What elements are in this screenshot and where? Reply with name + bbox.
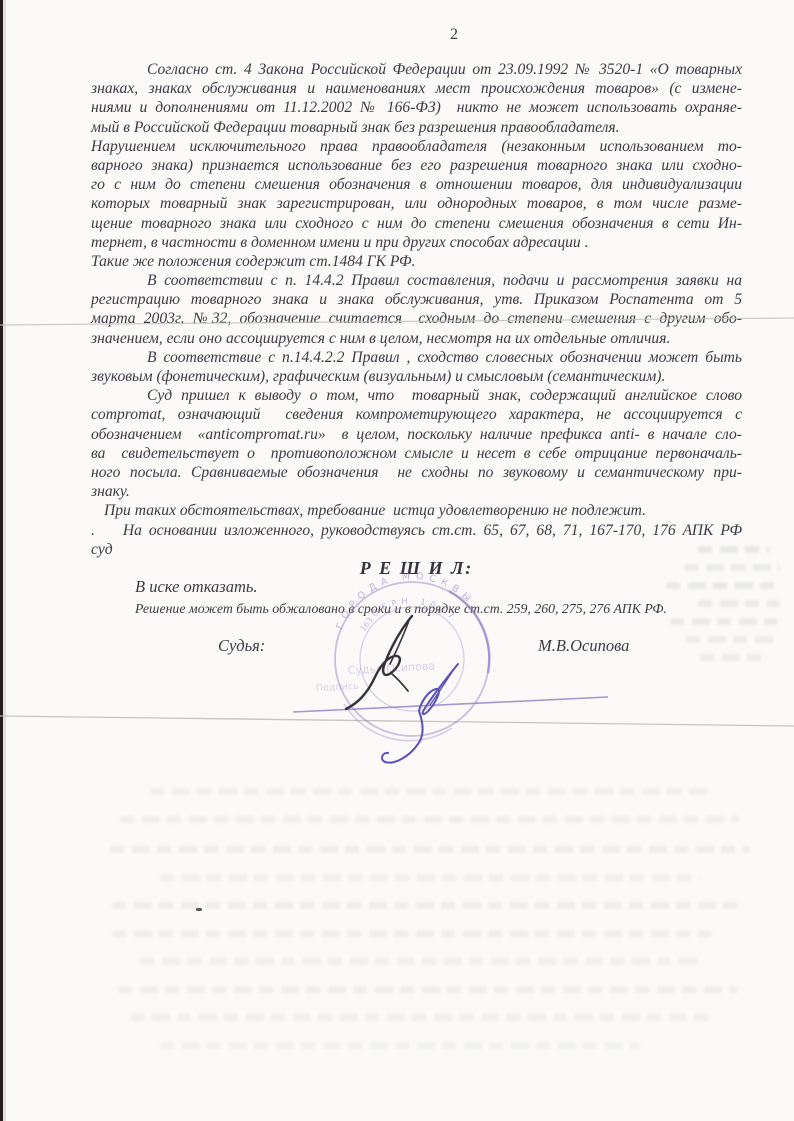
document-line: В соответствии с п. 14.4.2 Правил состав… [91,271,742,290]
scanned-court-decision-page: 2 Согласно ст. 4 Закона Российской Федер… [0,0,794,1121]
bleed-through-ghost-line [112,902,742,909]
document-line: суд [91,540,742,559]
bleed-through-ghost-line [150,788,710,795]
decision-text: В иске отказать. [135,577,258,597]
bleed-through-ghost-line [120,816,740,823]
bleed-through-ghost-line [118,986,738,993]
judge-label: Судья: [218,636,265,656]
bleed-through-ghost-line [670,618,778,625]
bleed-through-ghost-line [110,846,750,853]
document-line: знаках, знаках обслуживания и наименован… [91,79,742,98]
document-body: Согласно ст. 4 Закона Российской Федерац… [91,60,742,559]
document-line: ного посыла. Сравниваемые обозначения не… [91,463,742,482]
stamp-ring-bottom-arc [344,704,452,741]
bleed-through-ghost-line [700,654,762,661]
document-line: го с ним до степени смешения обозначения… [91,175,742,194]
stamp-inner-ring [360,607,464,711]
decision-heading: Р Е Ш И Л: [91,558,742,579]
document-line: щение товарного знака или сходного с ним… [91,214,742,233]
document-line: compromat, означающий сведения компромет… [91,405,742,424]
stamp-left-fragment: 163 [358,616,375,634]
paper-fold-line [0,716,794,726]
judge-signature-black [346,616,412,709]
document-line: мый в Российской Федерации товарный знак… [91,118,742,137]
document-line: звуковым (фонетическим), графическим (ви… [91,367,742,386]
document-line: ниями и дополнениями от 11.12.2002 № 166… [91,98,742,117]
appeal-note: Решение может быть обжаловано в сроки и … [135,601,667,617]
document-line: . На основании изложенного, руководствуя… [91,521,742,540]
document-line: Нарушением исключительного права правооб… [91,137,742,156]
document-line: тернет, в частности в доменном имени и п… [91,233,742,252]
document-line: обозначением «anticompromat.ru» в целом,… [91,425,742,444]
document-line: При таких обстоятельствах, требование ис… [91,501,742,520]
stamp-underline [293,697,608,712]
page-number: 2 [436,26,472,44]
document-line: марта 2003г. №32, обозначение считается … [91,309,742,328]
court-stamp: ГОРОДА МОСКВЫ ОГРН 1027 163 Судья Осипов… [316,571,490,741]
document-line: Такие же положения содержит ст.1484 ГК Р… [91,252,742,271]
document-line: знаку. [91,482,742,501]
document-line: Согласно ст. 4 Закона Российской Федерац… [91,60,742,79]
bleed-through-ghost-line [160,1042,640,1049]
bleed-through-ghost-line [684,564,780,571]
document-line: регистрацию товарного знака и знака обсл… [91,290,742,309]
stamp-center-name: Судья Осипова [347,659,435,677]
bleed-through-ghost-line [698,600,780,607]
bleed-through-ghost-line [686,636,774,643]
scan-speck [196,908,202,911]
bleed-through-ghost-line [160,874,700,881]
document-line: варного знака) признается использование … [91,156,742,175]
stamp-signature-label: Подпись [316,681,360,694]
bleed-through-ghost-line [130,1014,710,1021]
judge-name: М.В.Осипова [538,636,629,656]
bleed-through-ghost-line [698,546,770,553]
document-line: ва свидетельствует о противоположном смы… [91,444,742,463]
judge-signature-purple [382,664,458,763]
bleed-through-ghost-line [666,582,778,589]
document-line: значением, если оно ассоциируется с ним … [91,329,742,348]
bleed-through-ghost-line [112,930,712,937]
scan-edge-shadow-soft [3,0,6,1121]
bleed-through-ghost-line [140,958,700,965]
document-line: которых товарный знак зарегистрирован, и… [91,194,742,213]
document-line: Суд пришел к выводу о том, что товарный … [91,386,742,405]
document-line: В соответствие с п.14.4.2.2 Правил , схо… [91,348,742,367]
